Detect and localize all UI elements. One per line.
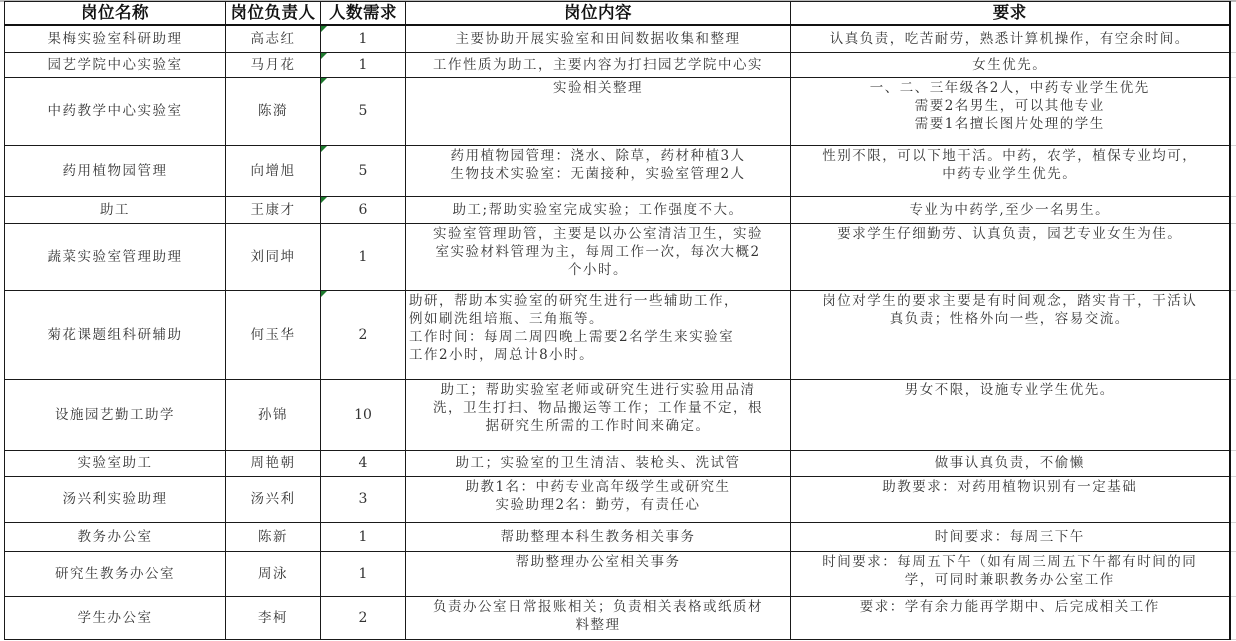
header-headcount[interactable]: 人数需求 bbox=[321, 2, 406, 26]
cell-job-content[interactable]: 帮助整理办公室相关事务 bbox=[406, 551, 791, 596]
cell-person-in-charge[interactable]: 周泳 bbox=[226, 551, 321, 596]
headcount-value: 1 bbox=[359, 31, 368, 47]
content-line: 例如刷洗组培瓶、三角瓶等。 bbox=[409, 310, 787, 328]
headcount-value: 1 bbox=[359, 529, 368, 545]
content-line: 主要协助开展实验室和田间数据收集和整理 bbox=[409, 30, 787, 48]
table-row: 园艺学院中心实验室马月花1工作性质为助工，主要内容为打扫园艺学院中心实女生优先。 bbox=[5, 52, 1230, 77]
header-person-in-charge[interactable]: 岗位负责人 bbox=[226, 2, 321, 26]
headcount-value: 1 bbox=[359, 57, 368, 73]
cell-job-content[interactable]: 助工;帮助实验室完成实验；工作强度不大。 bbox=[406, 196, 791, 223]
cell-requirements[interactable]: 助教要求：对药用植物识别有一定基础 bbox=[791, 476, 1230, 522]
number-as-text-marker-icon bbox=[321, 146, 327, 152]
headcount-value: 1 bbox=[359, 566, 368, 582]
requirement-line: 一、二、三年级各2人，中药专业学生优先 bbox=[794, 79, 1226, 97]
table-row: 菊花课题组科研辅助何玉华2助研，帮助本实验室的研究生进行一些辅助工作，例如刷洗组… bbox=[5, 290, 1230, 379]
cell-requirements[interactable]: 要求：学有余力能再学期中、后完成相关工作 bbox=[791, 596, 1230, 639]
cell-person-in-charge[interactable]: 李柯 bbox=[226, 596, 321, 639]
cell-person-in-charge[interactable]: 周艳朝 bbox=[226, 450, 321, 476]
cell-position-name[interactable]: 菊花课题组科研辅助 bbox=[5, 290, 226, 379]
cell-job-content[interactable]: 工作性质为助工，主要内容为打扫园艺学院中心实 bbox=[406, 52, 791, 77]
content-line: 生物技术实验室：无菌接种，实验室管理2人 bbox=[409, 165, 787, 183]
cell-headcount[interactable]: 10 bbox=[321, 379, 406, 450]
requirement-line: 真负责；性格外向一些，容易交流。 bbox=[794, 310, 1226, 328]
number-as-text-marker-icon bbox=[321, 291, 327, 297]
content-line: 帮助整理办公室相关事务 bbox=[409, 553, 787, 571]
cell-headcount[interactable]: 1 bbox=[321, 52, 406, 77]
cell-job-content[interactable]: 药用植物园管理：浇水、除草，药材种植3人生物技术实验室：无菌接种，实验室管理2人 bbox=[406, 145, 791, 196]
content-line: 助工；帮助实验室老师或研究生进行实验用品清 bbox=[409, 381, 787, 399]
table-row: 学生办公室李柯2负责办公室日常报账相关；负责相关表格或纸质材料整理要求：学有余力… bbox=[5, 596, 1230, 639]
content-line: 实验室管理助管，主要是以办公室清洁卫生，实验 bbox=[409, 225, 787, 243]
cell-headcount[interactable]: 3 bbox=[321, 476, 406, 522]
content-line: 帮助整理本科生教务相关事务 bbox=[409, 528, 787, 546]
content-line: 实验助理2名：勤劳，有责任心 bbox=[409, 496, 787, 514]
content-line: 助工；实验室的卫生清洁、装枪头、洗试管 bbox=[409, 454, 787, 472]
number-as-text-marker-icon bbox=[321, 78, 327, 84]
headcount-value: 5 bbox=[359, 163, 368, 179]
requirement-line: 要求学生仔细勤劳、认真负责，园艺专业女生为佳。 bbox=[794, 225, 1226, 243]
cell-requirements[interactable]: 性别不限，可以下地干活。中药，农学，植保专业均可，中药专业学生优先。 bbox=[791, 145, 1230, 196]
adjacent-column-gridlines bbox=[1230, 0, 1236, 641]
headcount-value: 5 bbox=[359, 103, 368, 119]
requirement-line: 性别不限，可以下地干活。中药，农学，植保专业均可， bbox=[794, 147, 1226, 165]
cell-person-in-charge[interactable]: 向增旭 bbox=[226, 145, 321, 196]
cell-person-in-charge[interactable]: 马月花 bbox=[226, 52, 321, 77]
headcount-value: 4 bbox=[359, 455, 368, 471]
cell-headcount[interactable]: 5 bbox=[321, 145, 406, 196]
cell-headcount[interactable]: 1 bbox=[321, 25, 406, 52]
cell-job-content[interactable]: 负责办公室日常报账相关；负责相关表格或纸质材料整理 bbox=[406, 596, 791, 639]
table-body: 果梅实验室科研助理高志红1主要协助开展实验室和田间数据收集和整理认真负责，吃苦耐… bbox=[5, 25, 1230, 639]
content-line: 洗，卫生打扫、物品搬运等工作；工作量不定，根 bbox=[409, 399, 787, 417]
spreadsheet: 岗位名称 岗位负责人 人数需求 岗位内容 要求 果梅实验室科研助理高志红1主要协… bbox=[0, 0, 1236, 641]
cell-requirements[interactable]: 时间要求：每周三下午 bbox=[791, 522, 1230, 551]
cell-position-name[interactable]: 学生办公室 bbox=[5, 596, 226, 639]
cell-job-content[interactable]: 帮助整理本科生教务相关事务 bbox=[406, 522, 791, 551]
cell-requirements[interactable]: 做事认真负责，不偷懒 bbox=[791, 450, 1230, 476]
cell-job-content[interactable]: 主要协助开展实验室和田间数据收集和整理 bbox=[406, 25, 791, 52]
headcount-value: 2 bbox=[359, 327, 368, 343]
cell-position-name[interactable]: 教务办公室 bbox=[5, 522, 226, 551]
requirement-line: 需要1名擅长图片处理的学生 bbox=[794, 115, 1226, 133]
requirement-line: 女生优先。 bbox=[794, 56, 1226, 74]
cell-headcount[interactable]: 4 bbox=[321, 450, 406, 476]
cell-headcount[interactable]: 1 bbox=[321, 522, 406, 551]
table-row: 实验室助工周艳朝4助工；实验室的卫生清洁、装枪头、洗试管做事认真负责，不偷懒 bbox=[5, 450, 1230, 476]
content-line: 助教1名：中药专业高年级学生或研究生 bbox=[409, 478, 787, 496]
cell-job-content[interactable]: 实验室管理助管，主要是以办公室清洁卫生，实验室实验材料管理为主，每周工作一次，每… bbox=[406, 223, 791, 290]
cell-position-name[interactable]: 园艺学院中心实验室 bbox=[5, 52, 226, 77]
cell-position-name[interactable]: 果梅实验室科研助理 bbox=[5, 25, 226, 52]
cell-job-content[interactable]: 实验相关整理 bbox=[406, 77, 791, 145]
requirement-line: 时间要求：每周三下午 bbox=[794, 528, 1226, 546]
cell-person-in-charge[interactable]: 刘同坤 bbox=[226, 223, 321, 290]
content-line: 助工;帮助实验室完成实验；工作强度不大。 bbox=[409, 201, 787, 219]
cell-requirements[interactable]: 岗位对学生的要求主要是有时间观念，踏实肯干，干活认真负责；性格外向一些，容易交流… bbox=[791, 290, 1230, 379]
cell-headcount[interactable]: 1 bbox=[321, 551, 406, 596]
cell-person-in-charge[interactable]: 高志红 bbox=[226, 25, 321, 52]
cell-requirements[interactable]: 要求学生仔细勤劳、认真负责，园艺专业女生为佳。 bbox=[791, 223, 1230, 290]
job-positions-table: 岗位名称 岗位负责人 人数需求 岗位内容 要求 果梅实验室科研助理高志红1主要协… bbox=[4, 1, 1231, 640]
cell-requirements[interactable]: 男女不限，设施专业学生优先。 bbox=[791, 379, 1230, 450]
cell-position-name[interactable]: 研究生教务办公室 bbox=[5, 551, 226, 596]
requirement-line: 做事认真负责，不偷懒 bbox=[794, 454, 1226, 472]
requirement-line: 助教要求：对药用植物识别有一定基础 bbox=[794, 478, 1226, 496]
content-line: 实验相关整理 bbox=[409, 79, 787, 97]
table-row: 助工王康才6助工;帮助实验室完成实验；工作强度不大。专业为中药学,至少一名男生。 bbox=[5, 196, 1230, 223]
content-line: 室实验材料管理为主，每周工作一次，每次大概2 bbox=[409, 243, 787, 261]
cell-requirements[interactable]: 女生优先。 bbox=[791, 52, 1230, 77]
cell-position-name[interactable]: 中药教学中心实验室 bbox=[5, 77, 226, 145]
number-as-text-marker-icon bbox=[321, 26, 327, 32]
requirement-line: 男女不限，设施专业学生优先。 bbox=[794, 381, 1226, 399]
content-line: 助研，帮助本实验室的研究生进行一些辅助工作， bbox=[409, 292, 787, 310]
table-row: 中药教学中心实验室陈漪5实验相关整理一、二、三年级各2人，中药专业学生优先需要2… bbox=[5, 77, 1230, 145]
cell-headcount[interactable]: 2 bbox=[321, 290, 406, 379]
content-line: 据研究生所需的工作时间来确定。 bbox=[409, 417, 787, 435]
headcount-value: 6 bbox=[359, 202, 368, 218]
cell-person-in-charge[interactable]: 何玉华 bbox=[226, 290, 321, 379]
cell-requirements[interactable]: 专业为中药学,至少一名男生。 bbox=[791, 196, 1230, 223]
table-row: 蔬菜实验室管理助理刘同坤1实验室管理助管，主要是以办公室清洁卫生，实验室实验材料… bbox=[5, 223, 1230, 290]
content-line: 料整理 bbox=[409, 616, 787, 634]
content-line: 负责办公室日常报账相关；负责相关表格或纸质材 bbox=[409, 598, 787, 616]
table-row: 汤兴利实验助理汤兴利3助教1名：中药专业高年级学生或研究生实验助理2名：勤劳，有… bbox=[5, 476, 1230, 522]
cell-person-in-charge[interactable]: 孙锦 bbox=[226, 379, 321, 450]
header-job-content[interactable]: 岗位内容 bbox=[406, 2, 791, 26]
table-row: 教务办公室陈新1帮助整理本科生教务相关事务时间要求：每周三下午 bbox=[5, 522, 1230, 551]
number-as-text-marker-icon bbox=[321, 197, 327, 203]
requirement-line: 需要2名男生，可以其他专业 bbox=[794, 97, 1226, 115]
cell-requirements[interactable]: 时间要求：每周五下午（如有周三周五下午都有时间的同学，可同时兼职教务办公室工作 bbox=[791, 551, 1230, 596]
table-row: 研究生教务办公室周泳1帮助整理办公室相关事务时间要求：每周五下午（如有周三周五下… bbox=[5, 551, 1230, 596]
requirement-line: 专业为中药学,至少一名男生。 bbox=[794, 201, 1226, 219]
content-line: 工作性质为助工，主要内容为打扫园艺学院中心实 bbox=[409, 56, 787, 74]
headcount-value: 2 bbox=[359, 610, 368, 626]
requirement-line: 时间要求：每周五下午（如有周三周五下午都有时间的同 bbox=[794, 553, 1226, 571]
cell-person-in-charge[interactable]: 陈新 bbox=[226, 522, 321, 551]
table-row: 果梅实验室科研助理高志红1主要协助开展实验室和田间数据收集和整理认真负责，吃苦耐… bbox=[5, 25, 1230, 52]
requirement-line: 要求：学有余力能再学期中、后完成相关工作 bbox=[794, 598, 1226, 616]
header-row: 岗位名称 岗位负责人 人数需求 岗位内容 要求 bbox=[5, 2, 1230, 26]
headcount-value: 10 bbox=[354, 407, 372, 423]
content-line: 工作2小时，周总计8小时。 bbox=[409, 346, 787, 364]
number-as-text-marker-icon bbox=[321, 53, 327, 59]
cell-position-name[interactable]: 蔬菜实验室管理助理 bbox=[5, 223, 226, 290]
cell-headcount[interactable]: 5 bbox=[321, 77, 406, 145]
cell-headcount[interactable]: 2 bbox=[321, 596, 406, 639]
cell-requirements[interactable]: 认真负责，吃苦耐劳，熟悉计算机操作，有空余时间。 bbox=[791, 25, 1230, 52]
content-line: 工作时间：每周二周四晚上需要2名学生来实验室 bbox=[409, 328, 787, 346]
content-line: 药用植物园管理：浇水、除草，药材种植3人 bbox=[409, 147, 787, 165]
cell-position-name[interactable]: 助工 bbox=[5, 196, 226, 223]
cell-job-content[interactable]: 助教1名：中药专业高年级学生或研究生实验助理2名：勤劳，有责任心 bbox=[406, 476, 791, 522]
requirement-line: 学，可同时兼职教务办公室工作 bbox=[794, 571, 1226, 589]
header-requirements[interactable]: 要求 bbox=[791, 2, 1230, 26]
requirement-line: 岗位对学生的要求主要是有时间观念，踏实肯干，干活认 bbox=[794, 292, 1226, 310]
cell-job-content[interactable]: 助工；实验室的卫生清洁、装枪头、洗试管 bbox=[406, 450, 791, 476]
cell-headcount[interactable]: 6 bbox=[321, 196, 406, 223]
requirement-line: 中药专业学生优先。 bbox=[794, 165, 1226, 183]
headcount-value: 1 bbox=[359, 249, 368, 265]
cell-position-name[interactable]: 设施园艺勤工助学 bbox=[5, 379, 226, 450]
cell-person-in-charge[interactable]: 王康才 bbox=[226, 196, 321, 223]
cell-position-name[interactable]: 药用植物园管理 bbox=[5, 145, 226, 196]
cell-headcount[interactable]: 1 bbox=[321, 223, 406, 290]
header-position-name[interactable]: 岗位名称 bbox=[5, 2, 226, 26]
headcount-value: 3 bbox=[359, 491, 368, 507]
cell-person-in-charge[interactable]: 汤兴利 bbox=[226, 476, 321, 522]
table-row: 设施园艺勤工助学孙锦10助工；帮助实验室老师或研究生进行实验用品清洗，卫生打扫、… bbox=[5, 379, 1230, 450]
cell-job-content[interactable]: 助工；帮助实验室老师或研究生进行实验用品清洗，卫生打扫、物品搬运等工作；工作量不… bbox=[406, 379, 791, 450]
content-line: 个小时。 bbox=[409, 261, 787, 279]
cell-requirements[interactable]: 一、二、三年级各2人，中药专业学生优先需要2名男生，可以其他专业需要1名擅长图片… bbox=[791, 77, 1230, 145]
cell-person-in-charge[interactable]: 陈漪 bbox=[226, 77, 321, 145]
cell-position-name[interactable]: 汤兴利实验助理 bbox=[5, 476, 226, 522]
cell-job-content[interactable]: 助研，帮助本实验室的研究生进行一些辅助工作，例如刷洗组培瓶、三角瓶等。工作时间：… bbox=[406, 290, 791, 379]
requirement-line: 认真负责，吃苦耐劳，熟悉计算机操作，有空余时间。 bbox=[794, 30, 1226, 48]
table-row: 药用植物园管理向增旭5药用植物园管理：浇水、除草，药材种植3人生物技术实验室：无… bbox=[5, 145, 1230, 196]
cell-position-name[interactable]: 实验室助工 bbox=[5, 450, 226, 476]
